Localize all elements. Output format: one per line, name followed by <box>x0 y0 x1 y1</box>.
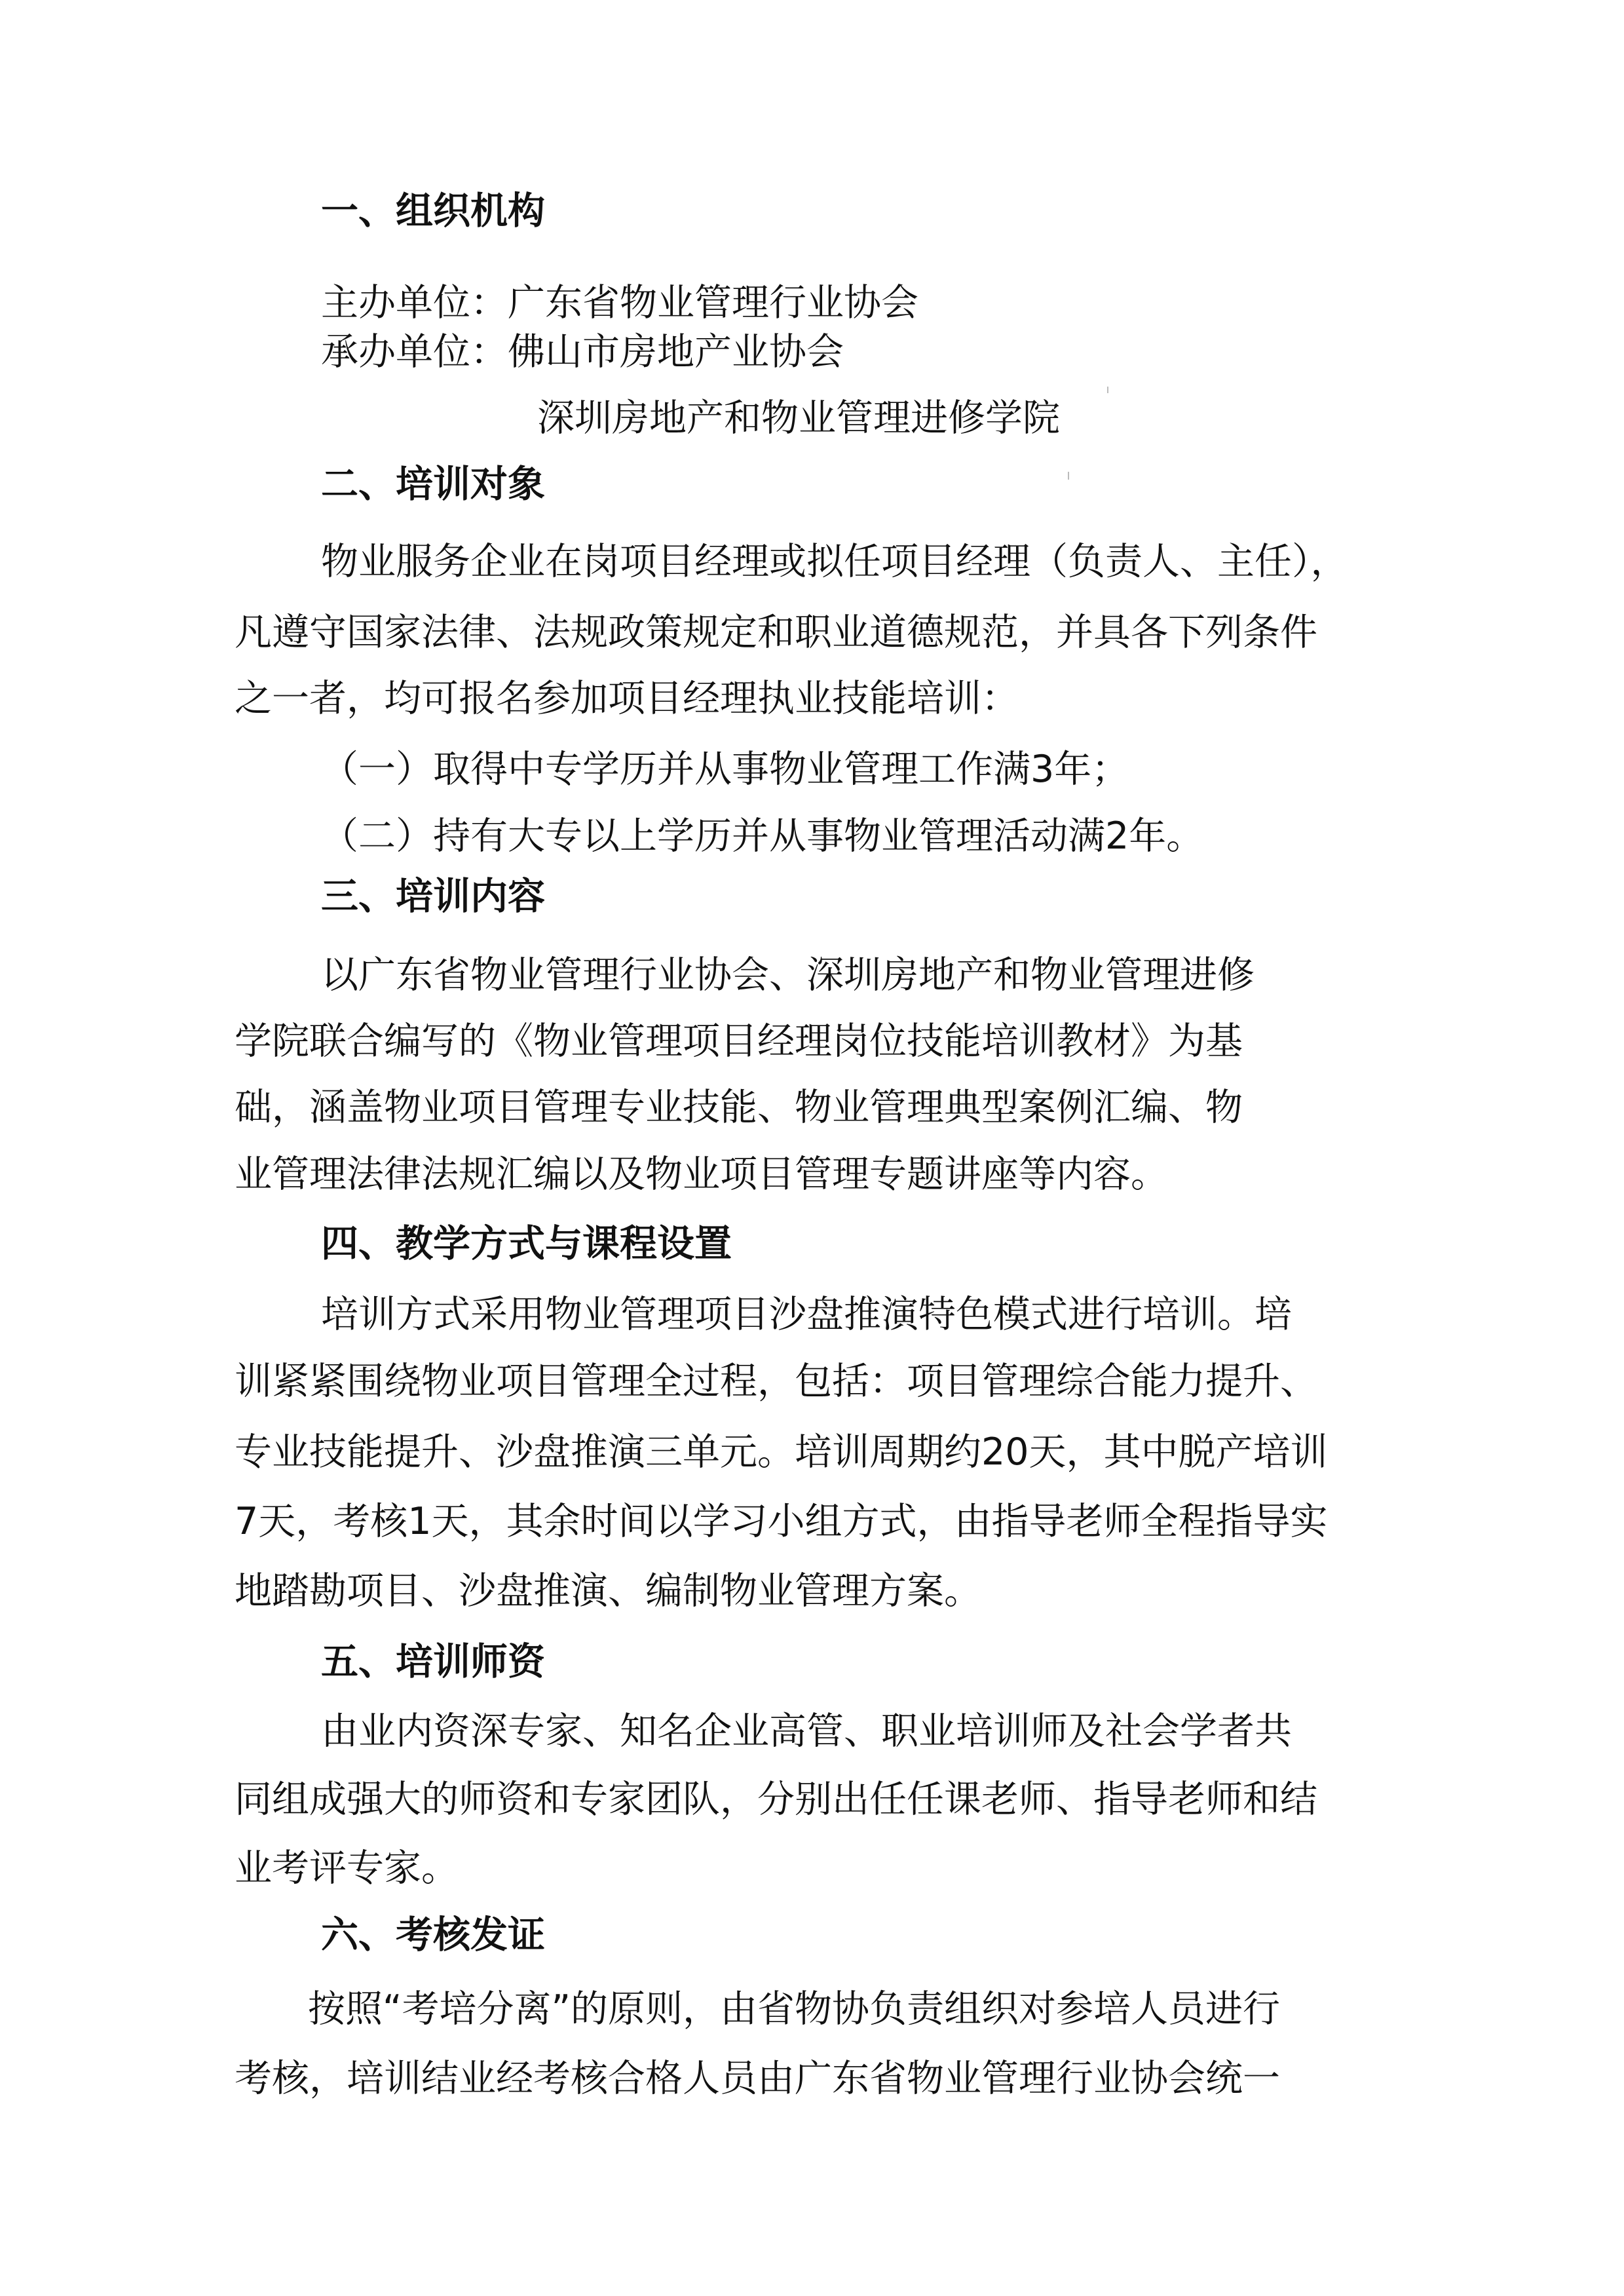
paragraph-line: 按照“考培分离”的原则，由省物协负责组织对参培人员进行 <box>308 1985 1280 2033</box>
section-heading-organization: 一、组织机构 <box>321 187 545 235</box>
scan-speck <box>1107 387 1108 393</box>
paragraph-line: 学院联合编写的《物业管理项目经理岗位技能培训教材》为基 <box>235 1018 1243 1065</box>
paragraph-line: 之一者，均可报名参加项目经理执业技能培训： <box>235 675 1019 722</box>
condition-item-2: （二）持有大专以上学历并从事物业管理活动满2年。 <box>321 813 1203 860</box>
section-heading-trainees: 二、培训对象 <box>321 461 545 508</box>
paragraph-line: 训紧紧围绕物业项目管理全过程，包括：项目管理综合能力提升、 <box>235 1358 1317 1405</box>
paragraph-line: 同组成强大的师资和专家团队，分别出任任课老师、指导老师和结 <box>235 1776 1317 1823</box>
condition-item-1: （一）取得中专学历并从事物业管理工作满3年； <box>321 746 1129 793</box>
paragraph-line: 础，涵盖物业项目管理专业技能、物业管理典型案例汇编、物 <box>235 1084 1243 1131</box>
paragraph-line: 以广东省物业管理行业协会、深圳房地产和物业管理进修 <box>321 951 1255 999</box>
paragraph-line: 凡遵守国家法律、法规政策规定和职业道德规范，并具各下列条件 <box>235 609 1317 656</box>
paragraph-line: 业管理法律法规汇编以及物业项目管理专题讲座等内容。 <box>235 1151 1168 1198</box>
section-heading-content: 三、培训内容 <box>321 873 545 920</box>
paragraph-line: 业考评专家。 <box>235 1845 459 1892</box>
paragraph-line: 7天，考核1天，其余时间以学习小组方式，由指导老师全程指导实 <box>235 1498 1328 1545</box>
scan-speck <box>1068 472 1069 480</box>
paragraph-line: 培训方式采用物业管理项目沙盘推演特色模式进行培训。培 <box>321 1291 1292 1338</box>
section-heading-teaching: 四、教学方式与课程设置 <box>321 1220 732 1267</box>
paragraph-line: 由业内资深专家、知名企业高管、职业培训师及社会学者共 <box>321 1708 1292 1755</box>
co-organizer-line-2: 深圳房地产和物业管理进修学院 <box>537 394 1060 442</box>
co-organizer-line: 承办单位：佛山市房地产业协会 <box>321 328 844 375</box>
paragraph-line: 物业服务企业在岗项目经理或拟任项目经理（负责人、主任）， <box>321 538 1348 585</box>
section-heading-certification: 六、考核发证 <box>321 1911 545 1959</box>
organizer-line: 主办单位：广东省物业管理行业协会 <box>321 279 918 326</box>
section-heading-instructors: 五、培训师资 <box>321 1638 545 1685</box>
paragraph-line: 考核，培训结业经考核合格人员由广东省物业管理行业协会统一 <box>235 2055 1280 2102</box>
paragraph-line: 专业技能提升、沙盘推演三单元。培训周期约20天，其中脱产培训 <box>235 1428 1328 1476</box>
scanned-page: { "sections": [ { "heading": "一、组织机构", "… <box>0 0 1624 2296</box>
paragraph-line: 地踏勘项目、沙盘推演、编制物业管理方案。 <box>235 1567 981 1615</box>
